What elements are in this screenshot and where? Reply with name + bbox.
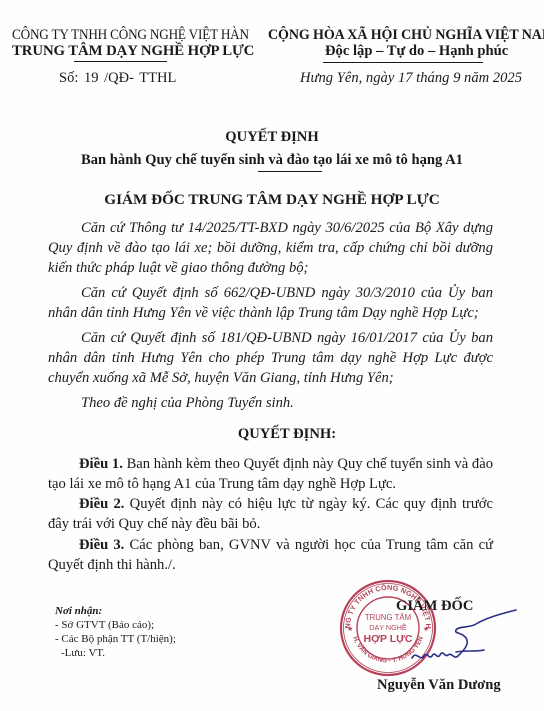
place-date: Hưng Yên, ngày 17 tháng 9 năm 2025 [300,70,522,87]
legal-basis: Căn cứ Quyết định số 181/QĐ-UBND ngày 16… [48,328,493,388]
handwritten-signature-icon [410,600,520,670]
legal-basis: Căn cứ Quyết định số 662/QĐ-UBND ngày 30… [48,283,493,323]
organization-underline [74,61,167,62]
recipients-heading: Nơi nhận: [55,604,176,618]
document-title: QUYẾT ĐỊNH [0,129,544,146]
svg-text:★: ★ [347,625,353,633]
legal-basis: Căn cứ Thông tư 14/2025/TT-BXD ngày 30/6… [48,218,493,278]
article: Điều 2. Quyết định này có hiệu lực từ ng… [48,494,493,534]
issuing-authority: GIÁM ĐỐC TRUNG TÂM DẠY NGHỀ HỢP LỰC [0,191,544,209]
national-title: CỘNG HÒA XÃ HỘI CHỦ NGHĨA VIỆT NAM [268,27,544,44]
decision-heading: QUYẾT ĐỊNH: [0,426,544,443]
parent-company-name: CÔNG TY TNHH CÔNG NGHỆ VIỆT HÀN [12,27,249,44]
document-subtitle: Ban hành Quy chế tuyển sinh và đào tạo l… [0,152,544,169]
article: Điều 1. Ban hành kèm theo Quyết định này… [48,454,493,494]
proposal-note: Theo đề nghị của Phòng Tuyển sinh. [48,393,493,413]
recipient-item: - Sở GTVT (Báo cáo); [55,618,176,632]
national-motto: Độc lập – Tự do – Hạnh phúc [325,43,508,60]
document-number: Số: 19 /QĐ- TTHL [59,70,176,87]
svg-text:DẠY NGHỀ: DẠY NGHỀ [369,622,407,632]
signer-name: Nguyễn Văn Dương [377,677,501,694]
article: Điều 3. Các phòng ban, GVNV và người học… [48,535,493,575]
article-label: Điều 2. [79,496,124,512]
motto-underline [323,62,483,63]
svg-text:HỢP LỰC: HỢP LỰC [364,633,413,645]
article-label: Điều 3. [79,537,124,553]
article-label: Điều 1. [79,456,123,472]
organization-name: TRUNG TÂM DẠY NGHỀ HỢP LỰC [12,43,254,60]
subtitle-underline [258,171,322,172]
decision-document: CÔNG TY TNHH CÔNG NGHỆ VIỆT HÀN TRUNG TÂ… [0,0,544,711]
recipients-block: Nơi nhận: - Sở GTVT (Báo cáo); - Các Bộ … [55,604,176,660]
recipient-item: - Các Bộ phận TT (T/hiện); [55,632,176,646]
recipient-item: -Lưu: VT. [55,646,176,660]
